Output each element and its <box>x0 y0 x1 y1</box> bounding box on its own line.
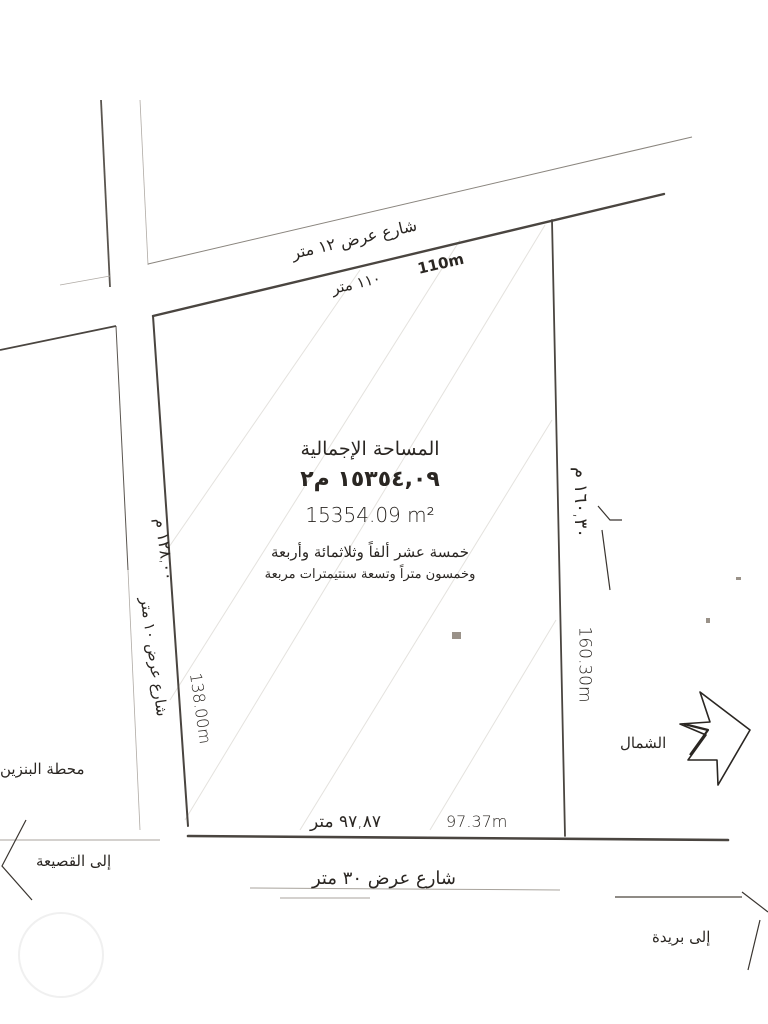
right-side-length-ar: ١٦٠,٣٠ م <box>571 467 589 538</box>
neighbor-label: محطة البنزين <box>0 762 85 777</box>
arrow-right-icon <box>742 892 768 970</box>
area-summary: المساحة الإجمالية ١٥٣٥٤,٠٩ م٢ 15354.09 m… <box>220 440 520 581</box>
pencil-mark <box>598 506 622 590</box>
right-side-length-en: 160.30m <box>576 627 593 703</box>
speck <box>452 632 461 639</box>
speck <box>706 618 710 623</box>
speck <box>736 577 741 580</box>
bottom-street-label: شارع عرض ٣٠ متر <box>312 870 456 888</box>
arrow-left-icon <box>2 820 32 900</box>
left-street-edges <box>101 100 148 830</box>
left-direction-label: إلى القصيعة <box>36 854 111 869</box>
area-value-arabic: ١٥٣٥٤,٠٩ م٢ <box>220 469 520 491</box>
area-title: المساحة الإجمالية <box>220 440 520 459</box>
watermark-stamp <box>18 912 104 998</box>
north-arrow-icon <box>680 692 750 785</box>
bottom-side-length-en: 97.37m <box>446 814 507 830</box>
right-direction-label: إلى بريدة <box>652 930 710 945</box>
north-label: الشمال <box>620 736 666 751</box>
area-value-english: 15354.09 m² <box>220 505 520 525</box>
area-words-line-2: وخمسون متراً وتسعة سنتيمترات مربعة <box>220 568 520 581</box>
area-words-line-1: خمسة عشر ألفاً وثلاثمائة وأربعة <box>220 545 520 560</box>
bottom-side-length-ar: ٩٧,٨٧ متر <box>310 814 381 831</box>
